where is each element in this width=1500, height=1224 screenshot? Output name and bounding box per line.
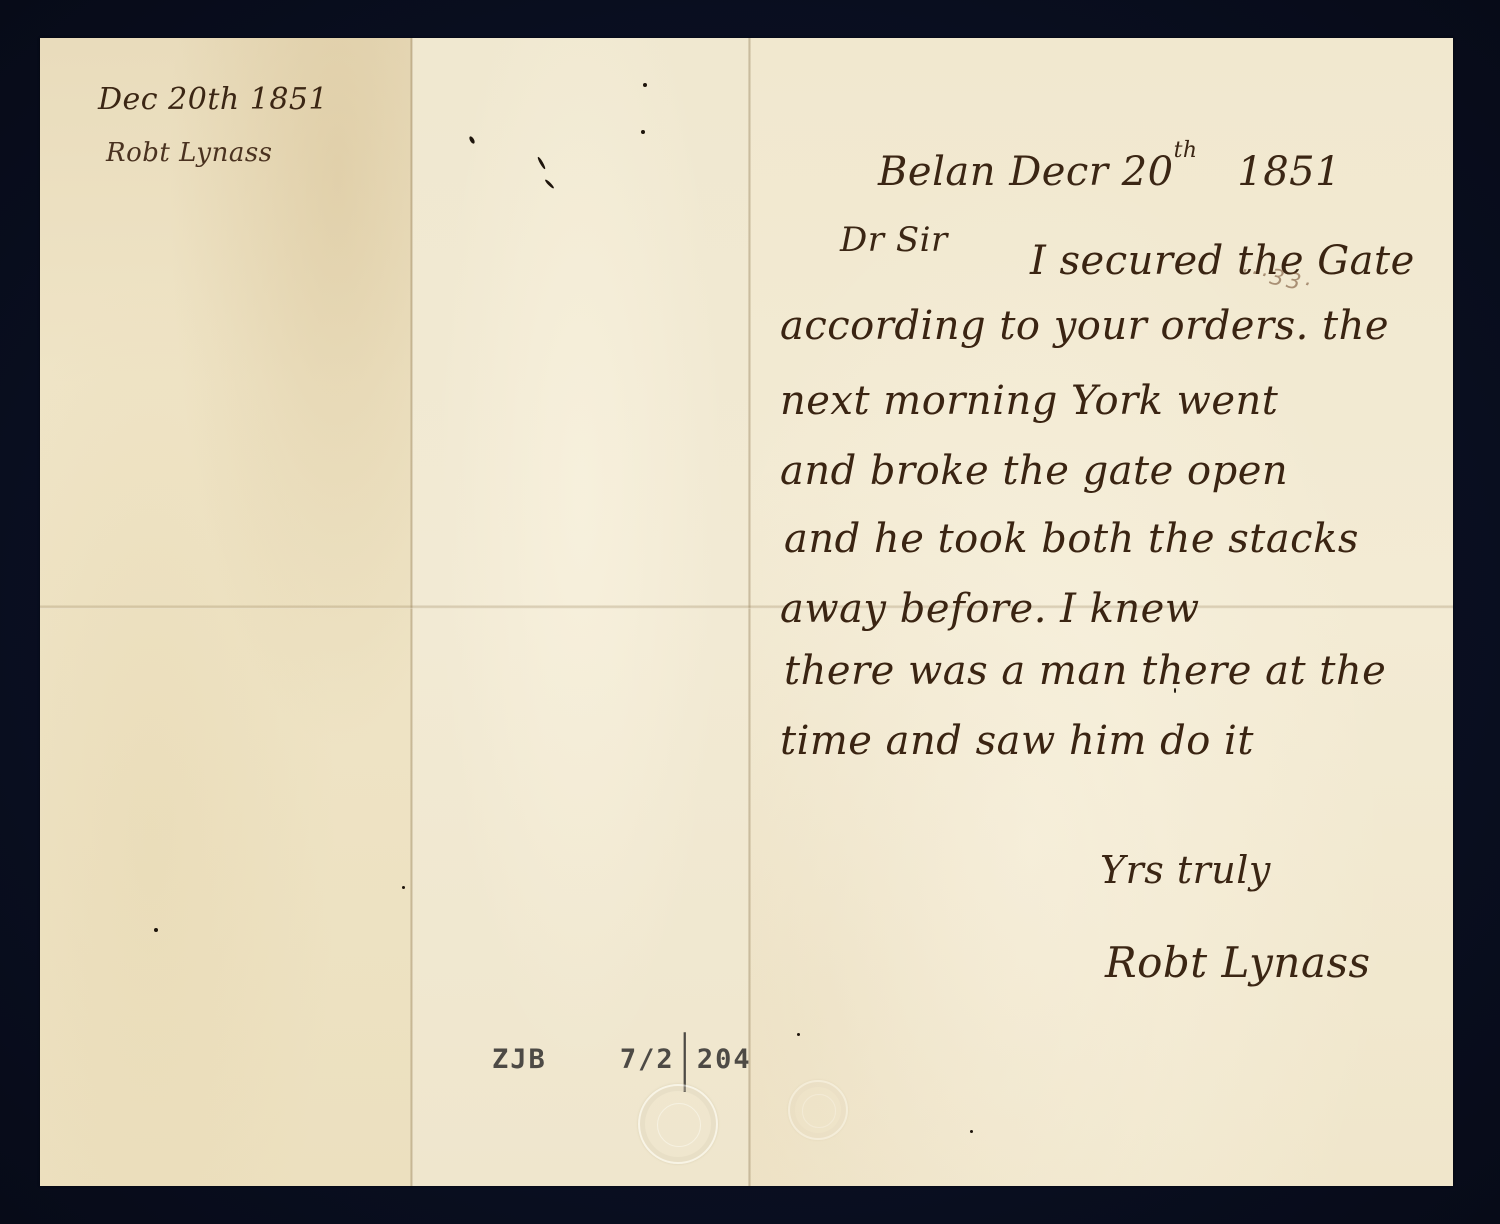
embossed-seal	[788, 1080, 848, 1140]
archive-prefix: ZJB	[492, 1044, 547, 1075]
docket-name: Robt Lynass	[106, 138, 273, 168]
body-line: and broke the gate open	[780, 448, 1288, 494]
ink-speck	[402, 886, 405, 889]
vertical-fold-left	[410, 38, 413, 1186]
body-line: away before. I knew	[780, 586, 1200, 632]
middle-panel	[412, 38, 750, 1186]
body-line: time and saw him do it	[780, 718, 1254, 764]
dateline-day: 20	[1122, 149, 1174, 195]
letter-sheet: Dec 20th 1851 Robt Lynass Belan Decr 20t…	[40, 38, 1453, 1186]
dateline-year: 1851	[1237, 149, 1341, 195]
left-panel	[40, 38, 412, 1186]
body-line: and he took both the stacks	[784, 516, 1359, 562]
vertical-fold-right	[748, 38, 751, 1186]
letter-signature: Robt Lynass	[1105, 938, 1371, 987]
body-line: according to your orders. the	[780, 303, 1389, 349]
docket-date: Dec 20th 1851	[98, 82, 328, 117]
letter-dateline: Belan Decr 20th 1851	[878, 138, 1341, 195]
archive-number-a: 7/2	[620, 1044, 675, 1075]
archive-number-b: 204	[697, 1044, 752, 1075]
ink-speck	[797, 1033, 800, 1036]
body-line: next morning York went	[780, 378, 1278, 424]
ink-speck	[154, 928, 158, 932]
horizontal-fold	[40, 605, 1453, 609]
ink-speck	[643, 83, 647, 87]
archive-reference: ZJB 7/2|204	[492, 1044, 752, 1075]
embossed-seal	[638, 1084, 718, 1164]
dateline-day-suffix: th	[1174, 138, 1198, 163]
body-line: there was a man there at the	[784, 648, 1386, 694]
ink-speck	[641, 130, 645, 134]
letter-closing: Yrs truly	[1100, 848, 1271, 892]
ink-speck	[970, 1130, 973, 1133]
dateline-month: Decr	[1009, 149, 1108, 195]
dateline-place: Belan	[878, 149, 996, 195]
body-line: I secured the Gate	[1030, 238, 1415, 284]
scan-background: Dec 20th 1851 Robt Lynass Belan Decr 20t…	[0, 0, 1500, 1224]
letter-salutation: Dr Sir	[840, 220, 948, 260]
